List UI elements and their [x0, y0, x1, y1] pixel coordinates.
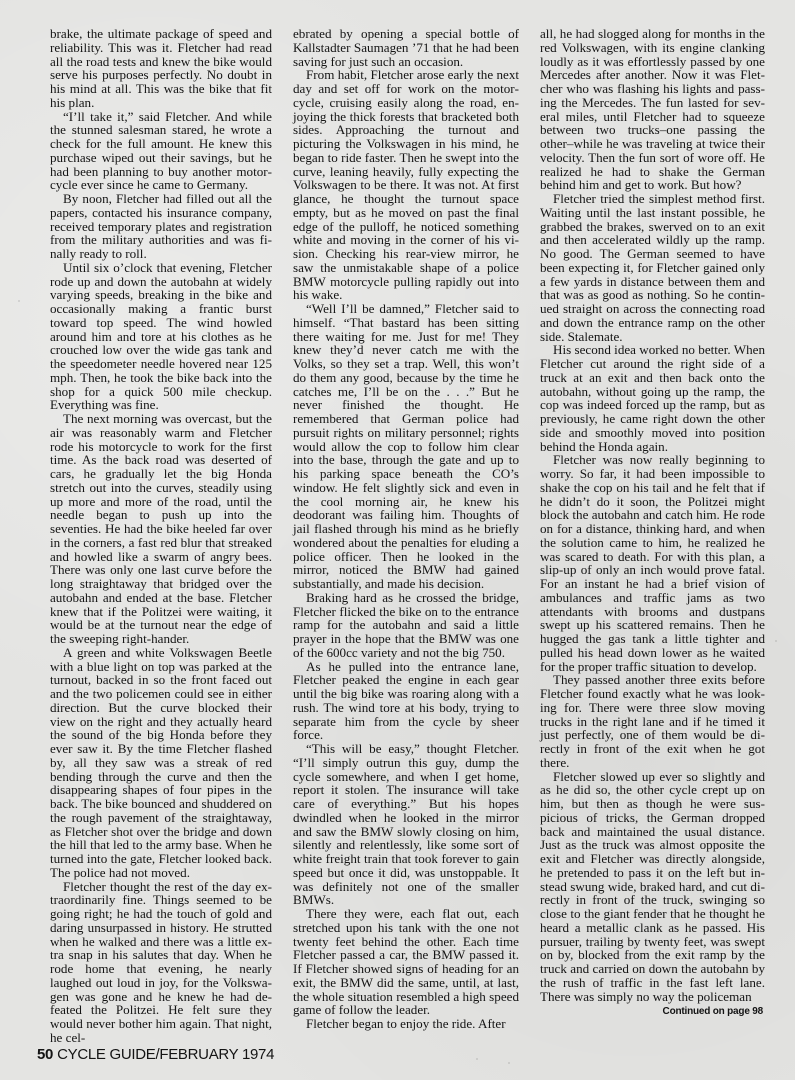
paragraph: Fletcher tried the simplest method first… [540, 192, 765, 343]
magazine-page: brake, the ultimate package of speed and… [50, 27, 765, 1047]
article-column-2: ebrated by opening a special bottle of K… [293, 27, 519, 1041]
page-number: 50 [37, 1046, 53, 1063]
publication-line: CYCLE GUIDE/FEBRUARY 1974 [57, 1046, 274, 1063]
article-column-1: brake, the ultimate package of speed and… [50, 27, 272, 1041]
paper-speck [508, 1062, 510, 1064]
paragraph: By noon, Fletcher had filled out all the… [50, 192, 272, 261]
paragraph: all, he had slogged along for months in … [540, 27, 765, 192]
paragraph: brake, the ultimate package of speed and… [50, 27, 272, 110]
paragraph: A green and white Volkswagen Beetle with… [50, 646, 272, 880]
paragraph: The next morning was overcast, but the a… [50, 412, 272, 646]
paragraph: There they were, each flat out, each str… [293, 907, 519, 1017]
paragraph: ebrated by opening a special bottle of K… [293, 27, 519, 68]
paper-speck [775, 640, 777, 642]
continued-on-page-label: Continued on page 98 [540, 1005, 765, 1019]
paragraph: Fletcher thought the rest of the day ex­… [50, 880, 272, 1045]
paragraph: From habit, Fletcher arose early the nex… [293, 68, 519, 302]
paragraph: His second idea worked no better. When F… [540, 343, 765, 453]
paragraph: Fletcher slowed up ever so slightly and … [540, 770, 765, 1004]
paragraph: As he pulled into the entrance lane, Fle… [293, 660, 519, 743]
paragraph: “This will be easy,” thought Fletcher. “… [293, 742, 519, 907]
paragraph: Fletcher began to enjoy the ride. After [293, 1017, 519, 1031]
page-footer: 50CYCLE GUIDE/FEBRUARY 1974 [37, 1046, 274, 1063]
paragraph: They passed another three exits before F… [540, 673, 765, 769]
paragraph: Braking hard as he crossed the bridge, F… [293, 591, 519, 660]
paper-speck [18, 300, 20, 302]
paragraph: Fletcher was now really beginning to wor… [540, 453, 765, 673]
paragraph: “Well I’ll be damned,” Fletcher said to … [293, 302, 519, 591]
paper-speck [476, 1058, 478, 1060]
paragraph: “I’ll take it,” said Fletcher. And while… [50, 110, 272, 193]
article-column-3: all, he had slogged along for months in … [540, 27, 765, 1041]
paragraph: Until six o’clock that evening, Fletcher… [50, 261, 272, 412]
article-columns: brake, the ultimate package of speed and… [50, 27, 765, 1041]
